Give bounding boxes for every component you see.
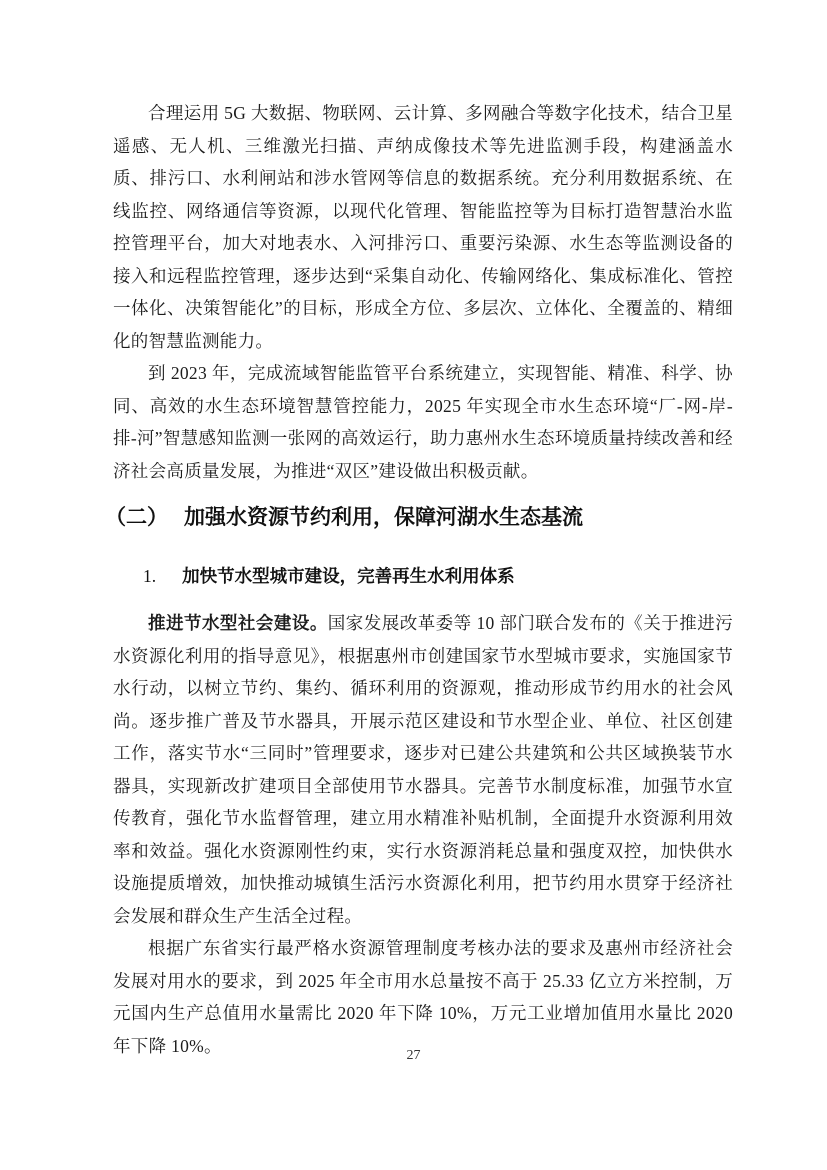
section-heading-number: （二）: [105, 506, 168, 529]
sub-heading: 1.加快节水型城市建设，完善再生水利用体系: [143, 563, 733, 589]
sub-heading-number: 1.: [143, 566, 156, 586]
paragraph-water-saving-society: 推进节水型社会建设。国家发展改革委等 10 部门联合发布的《关于推进污水资源化利…: [113, 607, 733, 932]
paragraph-bold-lead: 推进节水型社会建设。: [148, 613, 328, 633]
section-heading-title: 加强水资源节约利用，保障河湖水生态基流: [184, 506, 583, 529]
document-page: 合理运用 5G 大数据、物联网、云计算、多网融合等数字化技术，结合卫星遥感、无人…: [0, 0, 827, 1170]
sub-heading-title: 加快节水型城市建设，完善再生水利用体系: [182, 566, 515, 586]
paragraph-body-text: 国家发展改革委等 10 部门联合发布的《关于推进污水资源化利用的指导意见》，根据…: [113, 613, 733, 926]
paragraph-2023-goals: 到 2023 年，完成流域智能监管平台系统建立，实现智能、精准、科学、协同、高效…: [113, 357, 733, 487]
section-heading: （二）加强水资源节约利用，保障河湖水生态基流: [105, 503, 733, 533]
paragraph-smart-monitoring: 合理运用 5G 大数据、物联网、云计算、多网融合等数字化技术，结合卫星遥感、无人…: [113, 97, 733, 357]
page-content: 合理运用 5G 大数据、物联网、云计算、多网融合等数字化技术，结合卫星遥感、无人…: [113, 97, 733, 1062]
page-number: 27: [0, 1048, 827, 1064]
paragraph-water-quota: 根据广东省实行最严格水资源管理制度考核办法的要求及惠州市经济社会发展对用水的要求…: [113, 932, 733, 1062]
